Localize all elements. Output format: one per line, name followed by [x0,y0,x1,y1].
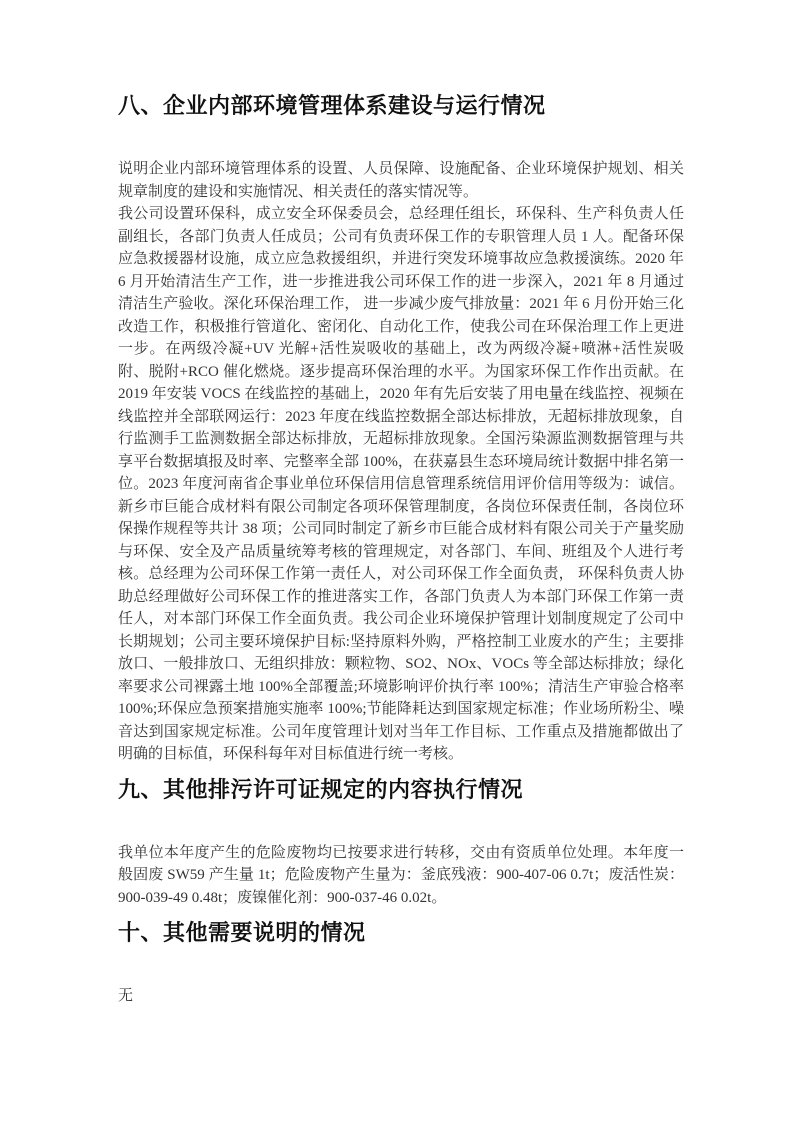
intro-paragraph: 说明企业内部环境管理体系的设置、人员保障、设施配备、企业环境保护规划、相关规章制… [118,158,684,203]
section-heading-9: 九、其他排污许可证规定的内容执行情况 [118,776,684,804]
section-body-9: 我单位本年度产生的危险废物均已按要求进行转移，交由有资质单位处理。本年度一般固废… [118,842,684,910]
hazardous-waste-paragraph: 我单位本年度产生的危险废物均已按要求进行转移，交由有资质单位处理。本年度一般固废… [118,842,684,910]
section-heading-8: 八、企业内部环境管理体系建设与运行情况 [118,92,684,120]
none-paragraph: 无 [118,985,684,1008]
main-paragraph: 我公司设置环保科，成立安全环保委员会，总经理任组长，环保科、生产科负责人任副组长… [118,203,684,766]
section-other-permit-requirements: 九、其他排污许可证规定的内容执行情况 我单位本年度产生的危险废物均已按要求进行转… [118,776,684,910]
section-internal-env-management: 八、企业内部环境管理体系建设与运行情况 说明企业内部环境管理体系的设置、人员保障… [118,92,684,766]
section-body-8: 说明企业内部环境管理体系的设置、人员保障、设施配备、企业环境保护规划、相关规章制… [118,158,684,766]
section-other-notes: 十、其他需要说明的情况 无 [118,919,684,1008]
document-page: 八、企业内部环境管理体系建设与运行情况 说明企业内部环境管理体系的设置、人员保障… [0,0,800,1131]
section-heading-10: 十、其他需要说明的情况 [118,919,684,947]
section-body-10: 无 [118,985,684,1008]
